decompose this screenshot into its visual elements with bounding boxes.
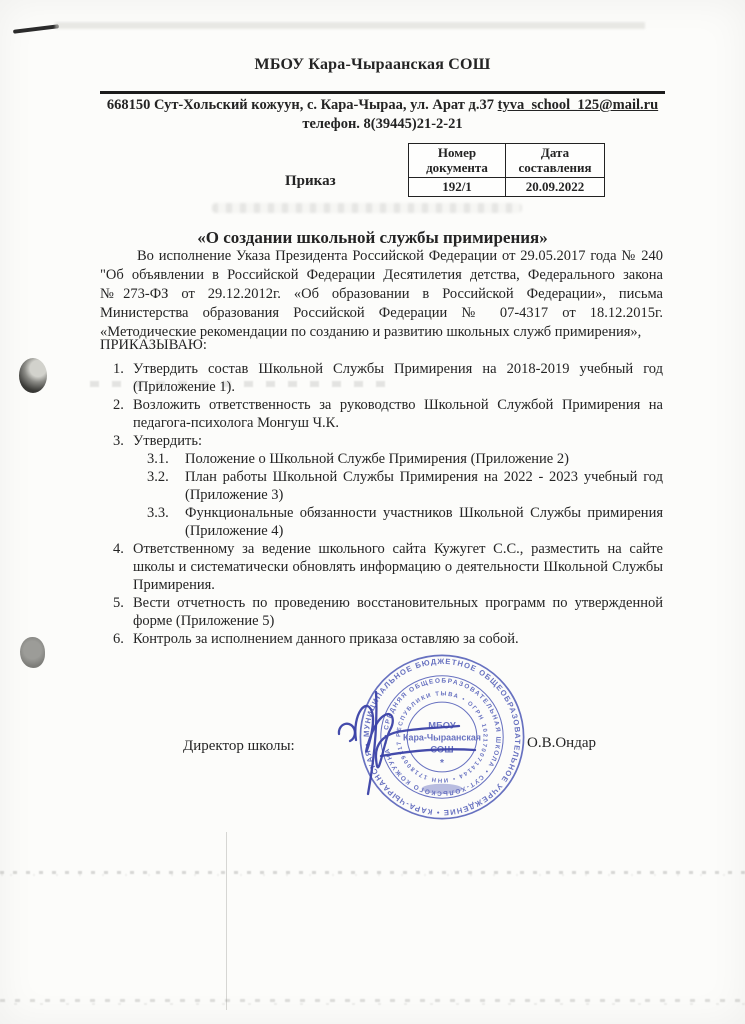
signature-stroke-strike — [381, 749, 475, 756]
handwritten-signature — [323, 670, 488, 805]
table-header-doc-number: Номер документа — [409, 144, 506, 178]
item-text: План работы Школьной Службы Примирения н… — [185, 468, 663, 504]
order-item: 6.Контроль за исполнением данного приказ… — [113, 630, 663, 648]
item-number: 4. — [113, 540, 133, 594]
signature-stroke-main — [355, 706, 459, 767]
order-subitem: 3.3.Функциональные обязанности участнико… — [147, 504, 663, 540]
item-text: Положение о Школьной Службе Примирения (… — [185, 450, 663, 468]
table-header-doc-date: Дата составления — [506, 144, 604, 178]
punch-hole-top — [19, 358, 47, 393]
order-meta-table: Номер документа Дата составления 192/1 2… — [408, 143, 605, 197]
scan-band-artifact — [55, 22, 645, 29]
address-text: 668150 Сут-Хольский кожуун, с. Кара-Чыра… — [107, 97, 498, 113]
signature-stroke-loop — [339, 724, 355, 741]
address-line: 668150 Сут-Хольский кожуун, с. Кара-Чыра… — [85, 97, 680, 114]
organization-name: МБОУ Кара-Чыраанская СОШ — [0, 56, 745, 74]
decree-word: ПРИКАЗЫВАЮ: — [100, 337, 207, 354]
item-number: 3.1. — [147, 450, 185, 468]
scan-mark-icon — [13, 24, 59, 34]
header-divider — [100, 91, 665, 94]
email-text: tyva_school_125@mail.ru — [498, 97, 659, 113]
scanned-document-page: МБОУ Кара-Чыраанская СОШ 668150 Сут-Холь… — [0, 0, 745, 1024]
table-value-doc-date: 20.09.2022 — [506, 178, 604, 196]
order-subitem: 3.2.План работы Школьной Службы Примирен… — [147, 468, 663, 504]
scan-fold-line — [226, 832, 227, 1010]
item-number: 3.2. — [147, 468, 185, 504]
item-number: 5. — [113, 594, 133, 630]
order-list: 1.Утвердить состав Школьной Службы Прими… — [113, 360, 663, 648]
item-text: Контроль за исполнением данного приказа … — [133, 630, 663, 648]
preamble-paragraph: Во исполнение Указа Президента Российско… — [100, 247, 663, 342]
phone-line: телефон. 8(39445)21-2-21 — [100, 116, 665, 133]
signer-name: О.В.Ондар — [527, 735, 596, 752]
item-text: Утвердить: — [133, 432, 663, 450]
scan-noise-band-1 — [0, 866, 745, 879]
document-title: «О создании школьной службы примирения» — [90, 228, 655, 248]
order-item: 4.Ответственному за ведение школьного са… — [113, 540, 663, 594]
order-subitem: 3.1.Положение о Школьной Службе Примирен… — [147, 450, 663, 468]
item-text: Вести отчетность по проведению восстанов… — [133, 594, 663, 630]
table-value-doc-number: 192/1 — [409, 178, 506, 196]
item-number: 3.3. — [147, 504, 185, 540]
item-text: Утвердить состав Школьной Службы Примире… — [133, 360, 663, 396]
item-number: 1. — [113, 360, 133, 396]
scan-noise-band-2 — [0, 995, 745, 1007]
item-number: 2. — [113, 396, 133, 432]
item-text: Возложить ответственность за руководство… — [133, 396, 663, 432]
order-item: 2.Возложить ответственность за руководст… — [113, 396, 663, 432]
item-number: 6. — [113, 630, 133, 648]
signer-role: Директор школы: — [183, 738, 295, 755]
item-text: Ответственному за ведение школьного сайт… — [133, 540, 663, 594]
item-text: Функциональные обязанности участников Шк… — [185, 504, 663, 540]
order-label: Приказ — [285, 173, 336, 190]
item-number: 3. — [113, 432, 133, 450]
order-item: 1.Утвердить состав Школьной Службы Прими… — [113, 360, 663, 396]
ghost-text-artifact — [212, 203, 522, 213]
punch-hole-bottom — [20, 637, 45, 668]
order-item: 3.Утвердить: — [113, 432, 663, 450]
order-item: 5.Вести отчетность по проведению восстан… — [113, 594, 663, 630]
